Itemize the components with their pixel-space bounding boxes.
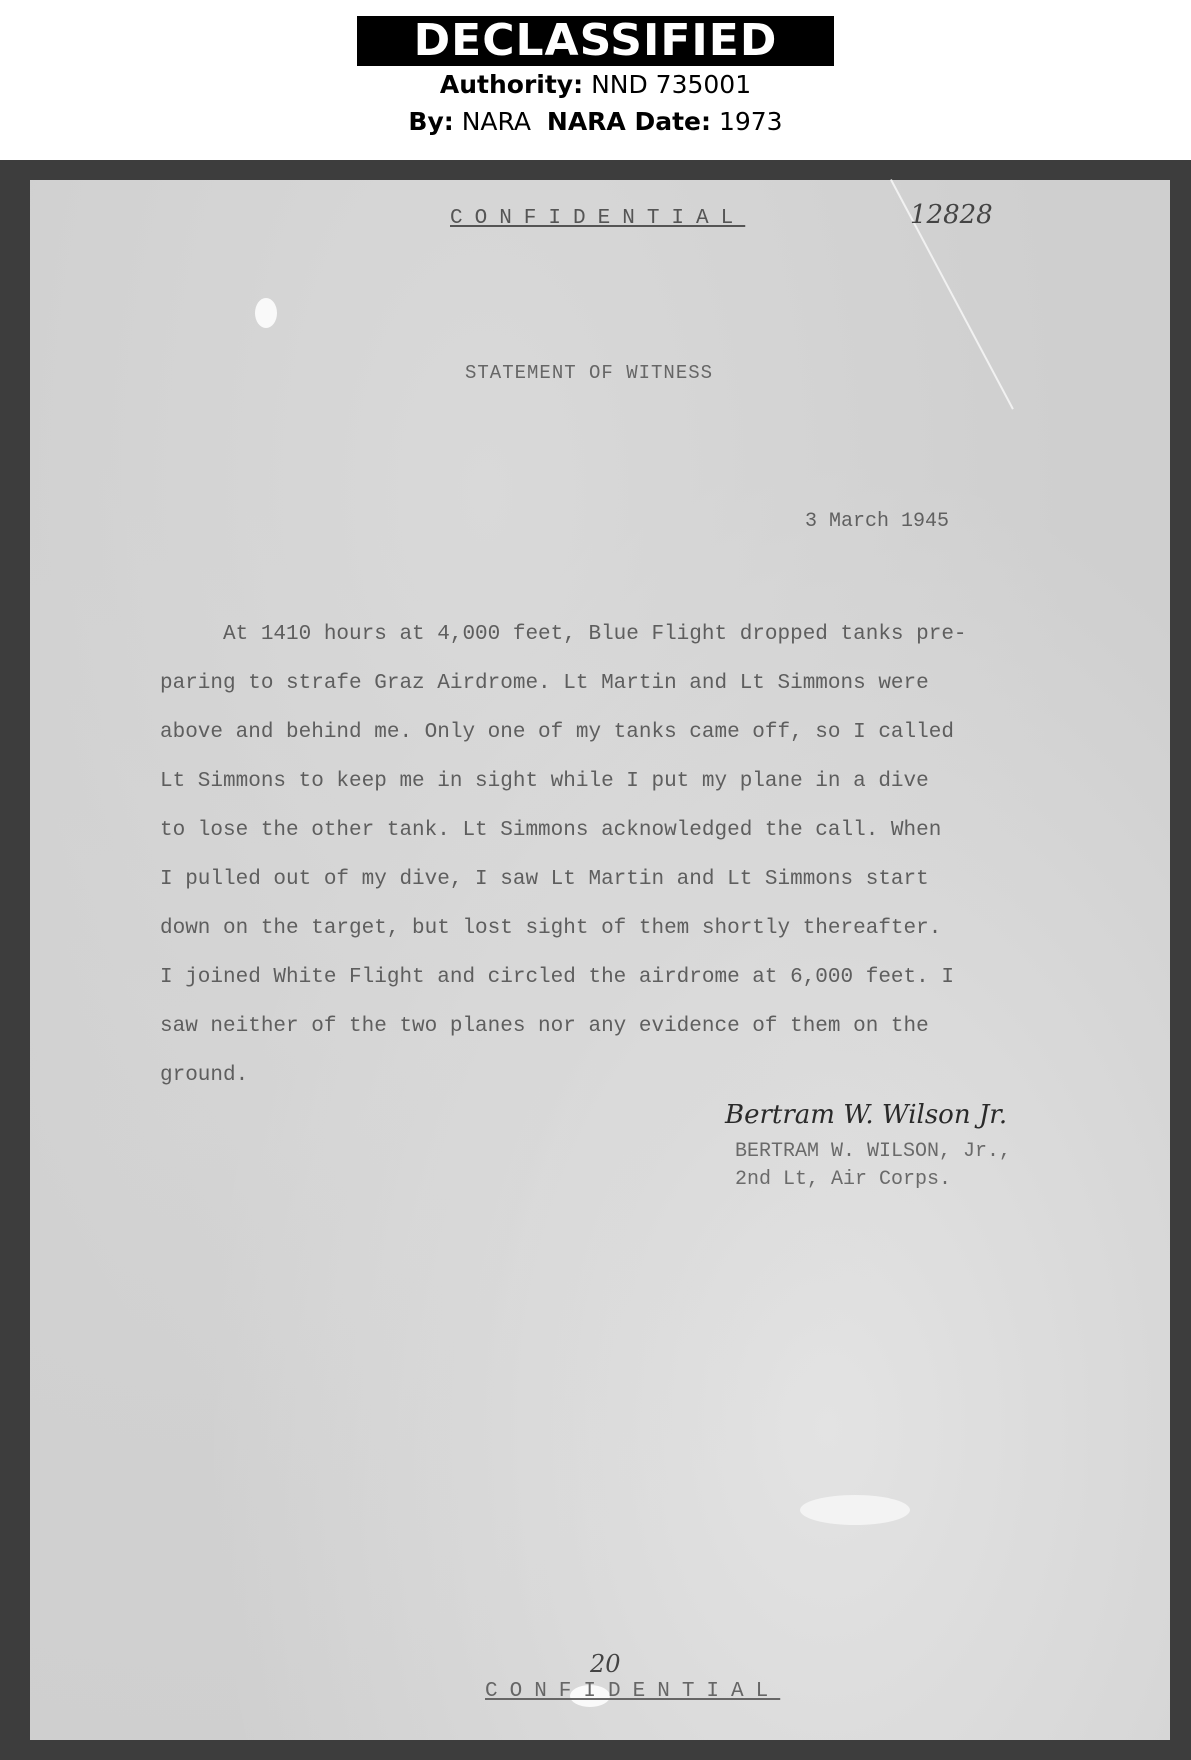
declassification-header: DECLASSIFIED Authority: NND 735001 By: N… [0, 0, 1191, 160]
body-line: above and behind me. Only one of my tank… [160, 708, 1120, 757]
body-line: to lose the other tank. Lt Simmons ackno… [160, 806, 1120, 855]
document-title: STATEMENT OF WITNESS [465, 362, 713, 384]
paper-blemish [255, 298, 277, 328]
authority-line: Authority: NND 735001 [0, 70, 1191, 99]
body-line: At 1410 hours at 4,000 feet, Blue Flight… [160, 610, 1120, 659]
declassified-banner: DECLASSIFIED [357, 16, 834, 66]
statement-body: At 1410 hours at 4,000 feet, Blue Flight… [160, 610, 1120, 1100]
paper-blemish [800, 1495, 910, 1525]
handwritten-file-number: 12828 [910, 200, 993, 230]
classification-header: CONFIDENTIAL [450, 207, 745, 230]
signatory-rank: 2nd Lt, Air Corps. [735, 1168, 951, 1191]
authority-label: Authority: [440, 70, 583, 99]
document-paper: CONFIDENTIAL 12828 STATEMENT OF WITNESS … [30, 180, 1170, 1740]
scanned-page-frame: CONFIDENTIAL 12828 STATEMENT OF WITNESS … [0, 160, 1191, 1760]
classification-footer: CONFIDENTIAL [485, 1680, 780, 1703]
nara-date-label: NARA Date: [547, 107, 711, 136]
body-line: paring to strafe Graz Airdrome. Lt Marti… [160, 659, 1120, 708]
body-line: I pulled out of my dive, I saw Lt Martin… [160, 855, 1120, 904]
by-label: By: [408, 107, 453, 136]
authority-value: NND 735001 [591, 70, 751, 99]
body-line: Lt Simmons to keep me in sight while I p… [160, 757, 1120, 806]
body-line: saw neither of the two planes nor any ev… [160, 1002, 1120, 1051]
nara-date-value: 1973 [719, 107, 783, 136]
by-value: NARA [462, 107, 531, 136]
signatory-name: BERTRAM W. WILSON, Jr., [735, 1140, 1011, 1163]
by-line: By: NARA NARA Date: 1973 [0, 107, 1191, 136]
handwritten-page-number: 20 [590, 1650, 621, 1678]
handwritten-signature: Bertram W. Wilson Jr. [725, 1100, 1007, 1130]
body-line: ground. [160, 1051, 1120, 1100]
document-date: 3 March 1945 [805, 510, 949, 533]
body-line: down on the target, but lost sight of th… [160, 904, 1120, 953]
body-line: I joined White Flight and circled the ai… [160, 953, 1120, 1002]
